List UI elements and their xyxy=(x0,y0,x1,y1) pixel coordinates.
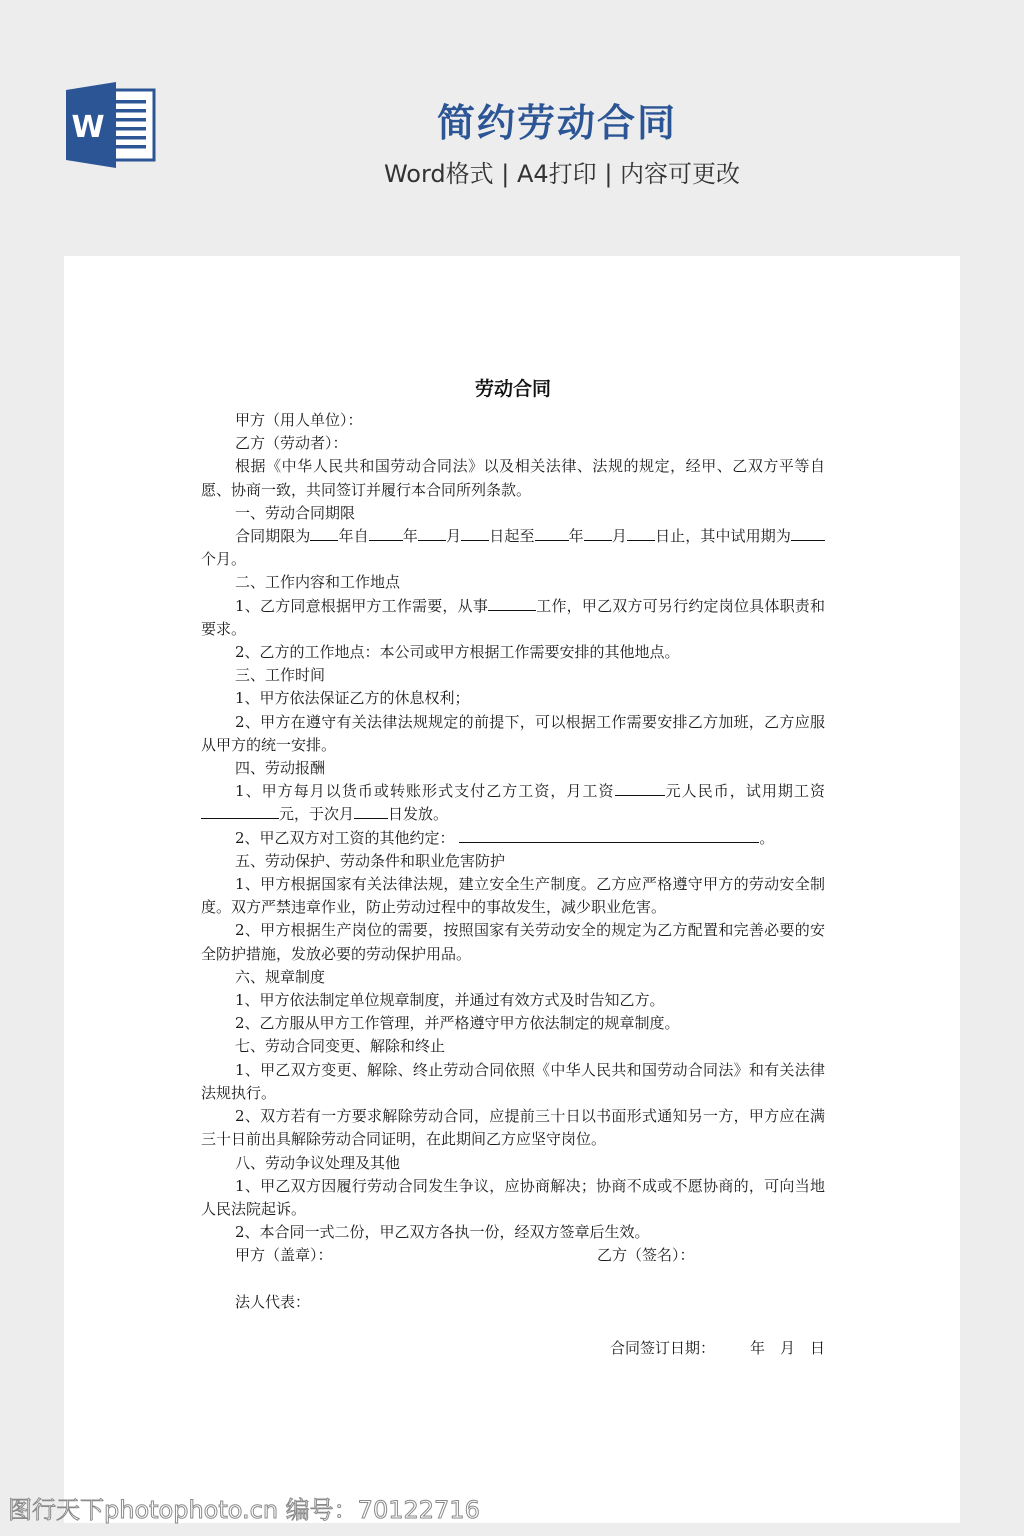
blank-field[interactable] xyxy=(461,525,489,541)
section-heading: 六、规章制度 xyxy=(201,966,825,989)
clause-paragraph: 1、甲方依法制定单位规章制度，并通过有效方式及时告知乙方。 xyxy=(201,989,825,1012)
blank-field[interactable] xyxy=(535,525,569,541)
clause-paragraph: 1、甲方根据国家有关法律法规，建立安全生产制度。乙方应严格遵守甲方的劳动安全制度… xyxy=(201,873,825,919)
blank-field[interactable] xyxy=(310,525,338,541)
section-heading: 五、劳动保护、劳动条件和职业危害防护 xyxy=(201,850,825,873)
contract-term-paragraph: 合同期限为年自年月日起至年月日止，其中试用期为个月。 xyxy=(201,525,825,571)
section-heading: 七、劳动合同变更、解除和终止 xyxy=(201,1035,825,1058)
clause-paragraph: 2、甲方根据生产岗位的需要，按照国家有关劳动安全的规定为乙方配置和完善必要的安全… xyxy=(201,919,825,965)
blank-field[interactable] xyxy=(627,525,655,541)
section-heading: 四、劳动报酬 xyxy=(201,757,825,780)
signing-date-value: 年 月 日 xyxy=(715,1337,825,1360)
legal-representative-label: 法人代表： xyxy=(201,1291,825,1314)
document-page: 劳动合同 甲方（用人单位）： 乙方（劳动者）： 根据《中华人民共和国劳动合同法》… xyxy=(64,256,960,1523)
blank-field[interactable] xyxy=(615,780,665,796)
document-title: 劳动合同 xyxy=(201,374,825,401)
clause-paragraph: 1、甲方依法保证乙方的休息权利； xyxy=(201,687,825,710)
section-heading: 一、劳动合同期限 xyxy=(201,502,825,525)
blank-field[interactable] xyxy=(791,525,825,541)
party-a-line: 甲方（用人单位）： xyxy=(201,409,825,432)
section-heading: 八、劳动争议处理及其他 xyxy=(201,1152,825,1175)
signing-date-label: 合同签订日期： xyxy=(610,1339,715,1357)
clause-paragraph: 1、乙方同意根据甲方工作需要，从事工作，甲乙双方可另行约定岗位具体职责和要求。 xyxy=(201,595,825,641)
blank-field[interactable] xyxy=(584,525,612,541)
blank-field[interactable] xyxy=(488,595,536,611)
clause-paragraph: 2、乙方服从甲方工作管理，并严格遵守甲方依法制定的规章制度。 xyxy=(201,1012,825,1035)
page-subtitle: Word格式 | A4打印 | 内容可更改 xyxy=(0,154,1024,189)
blank-field[interactable] xyxy=(201,803,279,819)
intro-paragraph: 根据《中华人民共和国劳动合同法》以及相关法律、法规的规定，经甲、乙双方平等自愿、… xyxy=(201,455,825,501)
party-b-line: 乙方（劳动者）： xyxy=(201,432,825,455)
party-b-signature-label: 乙方（签名）： xyxy=(597,1244,695,1267)
blank-field[interactable] xyxy=(418,525,446,541)
clause-paragraph: 2、双方若有一方要求解除劳动合同，应提前三十日以书面形式通知另一方，甲方应在满三… xyxy=(201,1105,825,1151)
document-body: 甲方（用人单位）： 乙方（劳动者）： 根据《中华人民共和国劳动合同法》以及相关法… xyxy=(201,409,825,1360)
watermark-text: 图行天下photophoto.cn 编号：70122716 xyxy=(8,1490,480,1525)
clause-paragraph: 1、甲方每月以货币或转账形式支付乙方工资，月工资元人民币，试用期工资元，于次月日… xyxy=(201,780,825,826)
blank-field[interactable] xyxy=(354,803,388,819)
signing-date-row: 合同签订日期：年 月 日 xyxy=(201,1337,825,1360)
clause-paragraph: 2、乙方的工作地点：本公司或甲方根据工作需要安排的其他地点。 xyxy=(201,641,825,664)
blank-field[interactable] xyxy=(369,525,403,541)
clause-paragraph: 1、甲乙双方变更、解除、终止劳动合同依照《中华人民共和国劳动合同法》和有关法律法… xyxy=(201,1059,825,1105)
clause-paragraph: 1、甲乙双方因履行劳动合同发生争议，应协商解决；协商不成或不愿协商的，可向当地人… xyxy=(201,1175,825,1221)
section-heading: 二、工作内容和工作地点 xyxy=(201,571,825,594)
signature-row: 甲方（盖章）： 乙方（签名）： xyxy=(201,1244,825,1267)
page-title: 简约劳动合同 xyxy=(0,92,1024,147)
blank-field[interactable] xyxy=(459,827,759,843)
section-heading: 三、工作时间 xyxy=(201,664,825,687)
party-a-seal-label: 甲方（盖章）： xyxy=(235,1244,597,1267)
clause-paragraph: 2、本合同一式二份，甲乙双方各执一份，经双方签章后生效。 xyxy=(201,1221,825,1244)
clause-paragraph: 2、甲乙双方对工资的其他约定： 。 xyxy=(201,827,825,850)
clause-paragraph: 2、甲方在遵守有关法律法规规定的前提下，可以根据工作需要安排乙方加班，乙方应服从… xyxy=(201,711,825,757)
